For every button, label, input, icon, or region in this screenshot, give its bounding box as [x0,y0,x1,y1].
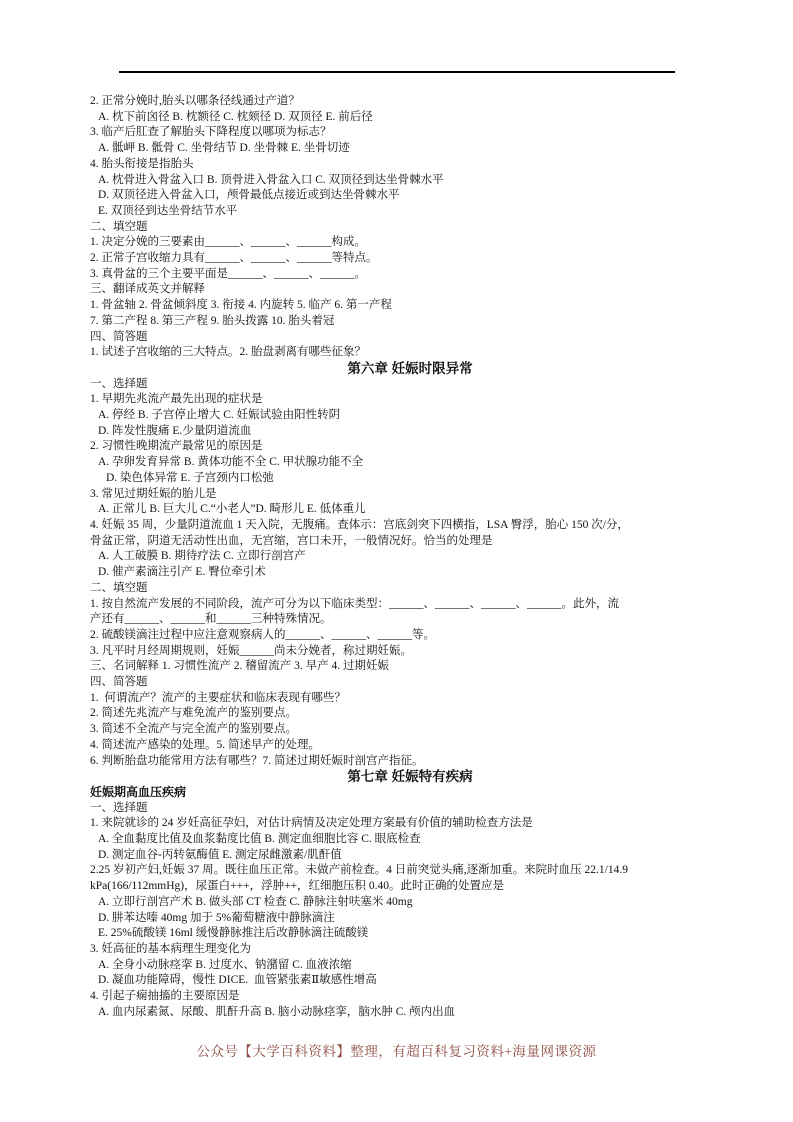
document-line: 1. 来院就诊的 24 岁妊高征孕妇，对估计病情及决定处理方案最有价值的辅助检查… [90,816,730,832]
document-line: 4. 妊娠 35 周，少量阴道流血 1 天入院，无腹痛。查体示：宫底剑突下四横指… [90,518,730,534]
document-line: A. 孕卵发育异常 B. 黄体功能不全 C. 甲状腺功能不全 [90,455,730,471]
document-line: A. 正常儿 B. 巨大儿 C.“小老人”D. 畸形儿 E. 低体重儿 [90,502,730,518]
document-line: E. 25%硫酸镁 16ml 缓慢静脉推注后改静脉滴注硫酸镁 [90,926,730,942]
document-line: 骨盆正常，阴道无活动性出血，无宫缩，宫口未开，一般情况好。恰当的处理是 [90,534,730,550]
document-line: D. 双顶径进入骨盆入口，颅骨最低点接近或到达坐骨棘水平 [90,188,730,204]
document-line: 1. 决定分娩的三要素由______、______、______构成。 [90,235,730,251]
document-line: 3. 妊高征的基本病理生理变化为 [90,942,730,958]
document-line: 4. 简述流产感染的处理。5. 简述早产的处理。 [90,738,730,754]
document-line: 1. 何谓流产？流产的主要症状和临床表现有哪些？ [90,691,730,707]
document-line: 1. 试述子宫收缩的三大特点。2. 胎盘剥离有哪些征象？ [90,345,730,361]
document-line: D. 测定血谷-丙转氨酶值 E. 测定尿雌激素/肌酐值 [90,848,730,864]
document-line: 一、选择题 [90,377,730,393]
document-line: 二、填空题 [90,581,730,597]
document-line: 妊娠期高血压疾病 [90,785,730,801]
document-line: 3. 真骨盆的三个主要平面是______、______、______。 [90,267,730,283]
document-line: A. 骶岬 B. 骶骨 C. 坐骨结节 D. 坐骨棘 E. 坐骨切迹 [90,141,730,157]
document-line: 2. 简述先兆流产与难免流产的鉴别要点。 [90,706,730,722]
document-line: A. 全身小动脉痉挛 B. 过度水、钠潴留 C. 血液浓缩 [90,958,730,974]
document-line: kPa(166/112mmHg)，尿蛋白+++，浮肿++，红细胞压积 0.40。… [90,879,730,895]
chapter-heading: 第六章 妊娠时限异常 [90,361,730,377]
document-line: 2. 习惯性晚期流产最常见的原因是 [90,439,730,455]
document-line: D. 凝血功能障碍，慢性 DICE. 血管紧张素Ⅱ敏感性增高 [90,973,730,989]
document-line: A. 立即行剖宫产术 B. 做头部 CT 检查 C. 静脉注射呋塞米 40mg [90,895,730,911]
document-line: 6. 判断胎盘功能常用方法有哪些？7. 简述过期妊娠时剖宫产指征。 [90,754,730,770]
document-line: D. 阵发性腹痛 E.少量阴道流血 [90,424,730,440]
document-line: 3. 常见过期妊娠的胎儿是 [90,487,730,503]
document-line: 2.25 岁初产妇,妊娠 37 周。既往血压正常。未做产前检查。4 日前突觉头痛… [90,863,730,879]
document-line: D. 肼苯达嗪 40mg 加于 5%葡萄糖液中静脉滴注 [90,911,730,927]
document-line: A. 全血黏度比值及血浆黏度比值 B. 测定血细胞比容 C. 眼底检查 [90,832,730,848]
document-line: 四、简答题 [90,675,730,691]
document-line: A. 血内尿素氮、尿酸、肌酐升高 B. 脑小动脉痉挛，脑水肿 C. 颅内出血 [90,1005,730,1021]
document-line: 产还有______、______和______三种特殊情况。 [90,612,730,628]
document-line: D. 催产素滴注引产 E. 臀位牵引术 [90,565,730,581]
document-content: 2. 正常分娩时,胎头以哪条径线通过产道？A. 枕下前囟径 B. 枕额径 C. … [90,94,730,1020]
document-line: A. 人工破膜 B. 期待疗法 C. 立即行剖宫产 [90,549,730,565]
document-line: D. 染色体异常 E. 子宫颈内口松弛 [90,471,730,487]
document-line: 3. 简述不全流产与完全流产的鉴别要点。 [90,722,730,738]
document-line: 三、名词解释 1. 习惯性流产 2. 稽留流产 3. 早产 4. 过期妊娠 [90,659,730,675]
header-rule [119,71,675,73]
document-line: 7. 第二产程 8. 第三产程 9. 胎头拨露 10. 胎头着冠 [90,314,730,330]
document-line: A. 停经 B. 子宫停止增大 C. 妊娠试验由阳性转阴 [90,408,730,424]
document-line: 一、选择题 [90,801,730,817]
document-line: 3. 凡平时月经周期规则，妊娠______尚未分娩者，称过期妊娠。 [90,644,730,660]
document-page: 2. 正常分娩时,胎头以哪条径线通过产道？A. 枕下前囟径 B. 枕额径 C. … [0,0,793,1122]
footer-note: 公众号【大学百科资料】整理，有超百科复习资料+海量网课资源 [0,1040,793,1060]
document-line: 2. 正常子宫收缩力具有______、______、______等特点。 [90,251,730,267]
document-line: 1. 早期先兆流产最先出现的症状是 [90,392,730,408]
chapter-heading: 第七章 妊娠特有疾病 [90,769,730,785]
document-line: 1. 骨盆轴 2. 骨盆倾斜度 3. 衔接 4. 内旋转 5. 临产 6. 第一… [90,298,730,314]
document-line: 4. 引起子痫抽搐的主要原因是 [90,989,730,1005]
document-line: E. 双顶径到达坐骨结节水平 [90,204,730,220]
document-line: 3. 临产后肛查了解胎头下降程度以哪项为标志？ [90,125,730,141]
document-line: A. 枕骨进入骨盆入口 B. 顶骨进入骨盆入口 C. 双顶径到达坐骨棘水平 [90,173,730,189]
document-line: A. 枕下前囟径 B. 枕额径 C. 枕颏径 D. 双顶径 E. 前后径 [90,110,730,126]
document-line: 二、填空题 [90,220,730,236]
document-line: 三、翻译成英文并解释 [90,282,730,298]
document-line: 2. 正常分娩时,胎头以哪条径线通过产道？ [90,94,730,110]
document-line: 四、简答题 [90,330,730,346]
document-line: 2. 硫酸镁滴注过程中应注意观察病人的______、______、______等… [90,628,730,644]
document-line: 1. 按自然流产发展的不同阶段，流产可分为以下临床类型：______、_____… [90,597,730,613]
document-line: 4. 胎头衔接是指胎头 [90,157,730,173]
